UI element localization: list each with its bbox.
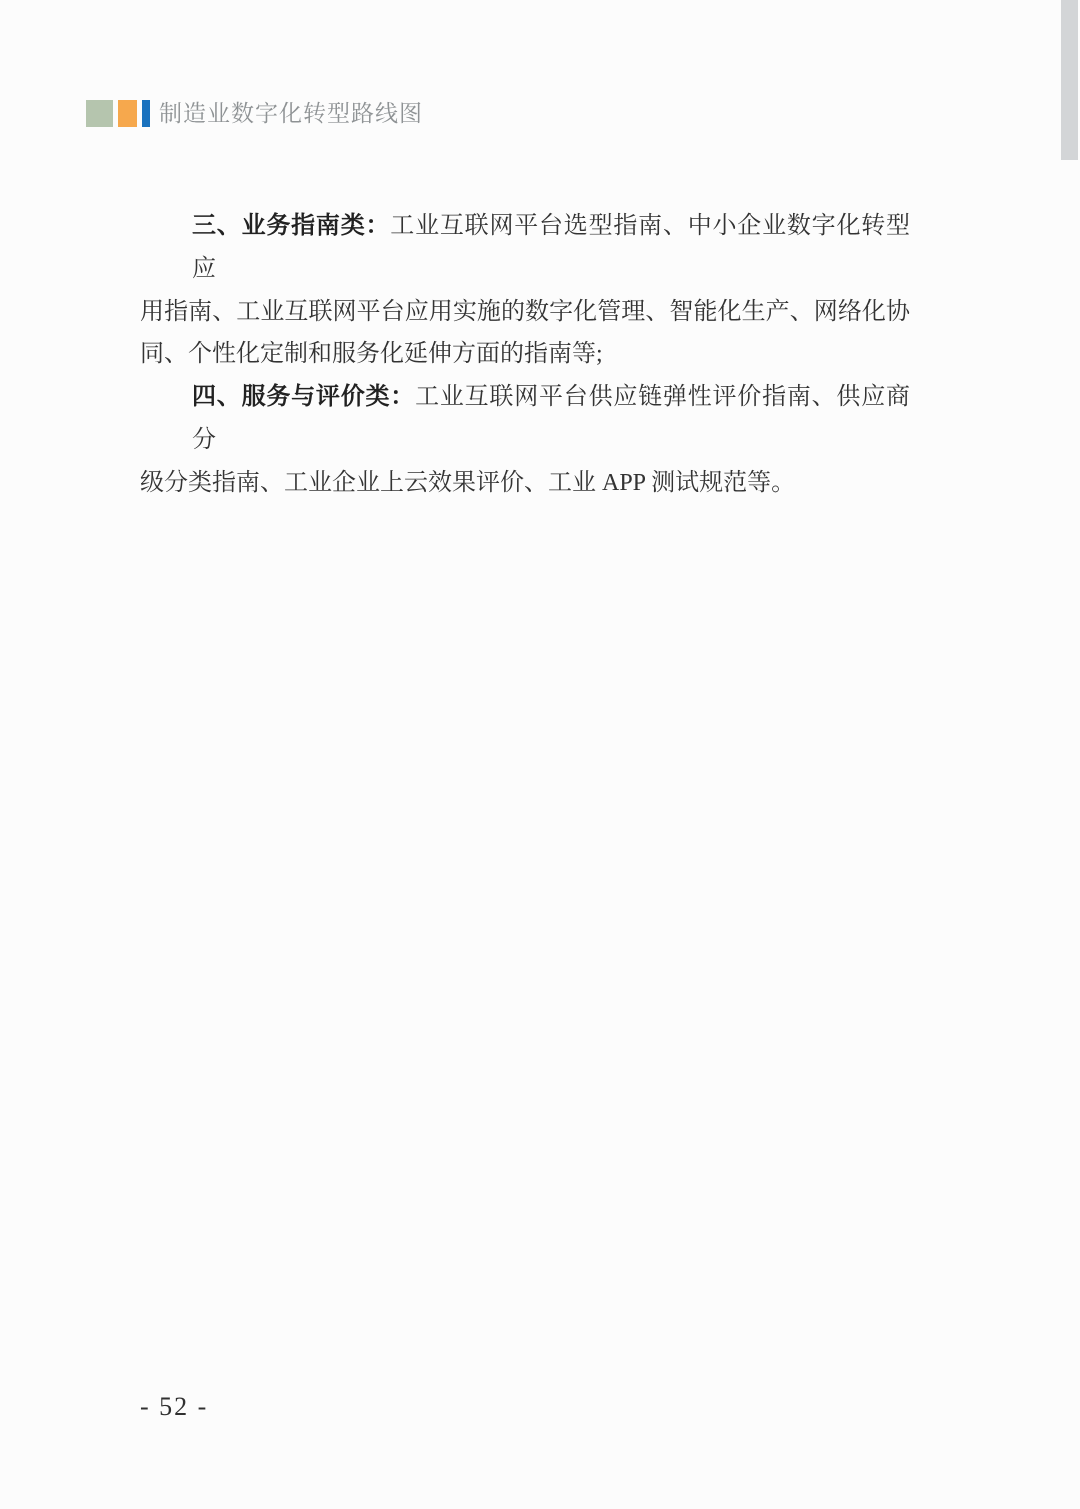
para2-heading: 四、服务与评价类： (192, 384, 415, 410)
page-header: 制造业数字化转型路线图 (86, 100, 423, 127)
para1-heading: 三、业务指南类： (192, 213, 390, 239)
para2-line1: 四、服务与评价类：工业互联网平台供应链弹性评价指南、供应商分 (140, 376, 910, 462)
document-title: 制造业数字化转型路线图 (159, 100, 423, 127)
document-page: 制造业数字化转型路线图 三、业务指南类：工业互联网平台选型指南、中小企业数字化转… (0, 0, 1080, 1509)
para1-line1: 三、业务指南类：工业互联网平台选型指南、中小企业数字化转型应 (140, 205, 910, 291)
para2-line2: 级分类指南、工业企业上云效果评价、工业 APP 测试规范等。 (140, 462, 910, 505)
header-green-square-icon (86, 100, 113, 127)
para1-line2: 用指南、工业互联网平台应用实施的数字化管理、智能化生产、网络化协 (140, 291, 910, 334)
page-number: - 52 - (140, 1392, 208, 1422)
para1-line3: 同、个性化定制和服务化延伸方面的指南等; (140, 333, 910, 376)
header-orange-square-icon (118, 100, 137, 127)
page-edge-bar (1061, 0, 1078, 160)
body-text: 三、业务指南类：工业互联网平台选型指南、中小企业数字化转型应 用指南、工业互联网… (140, 205, 910, 505)
header-blue-square-icon (142, 100, 150, 127)
